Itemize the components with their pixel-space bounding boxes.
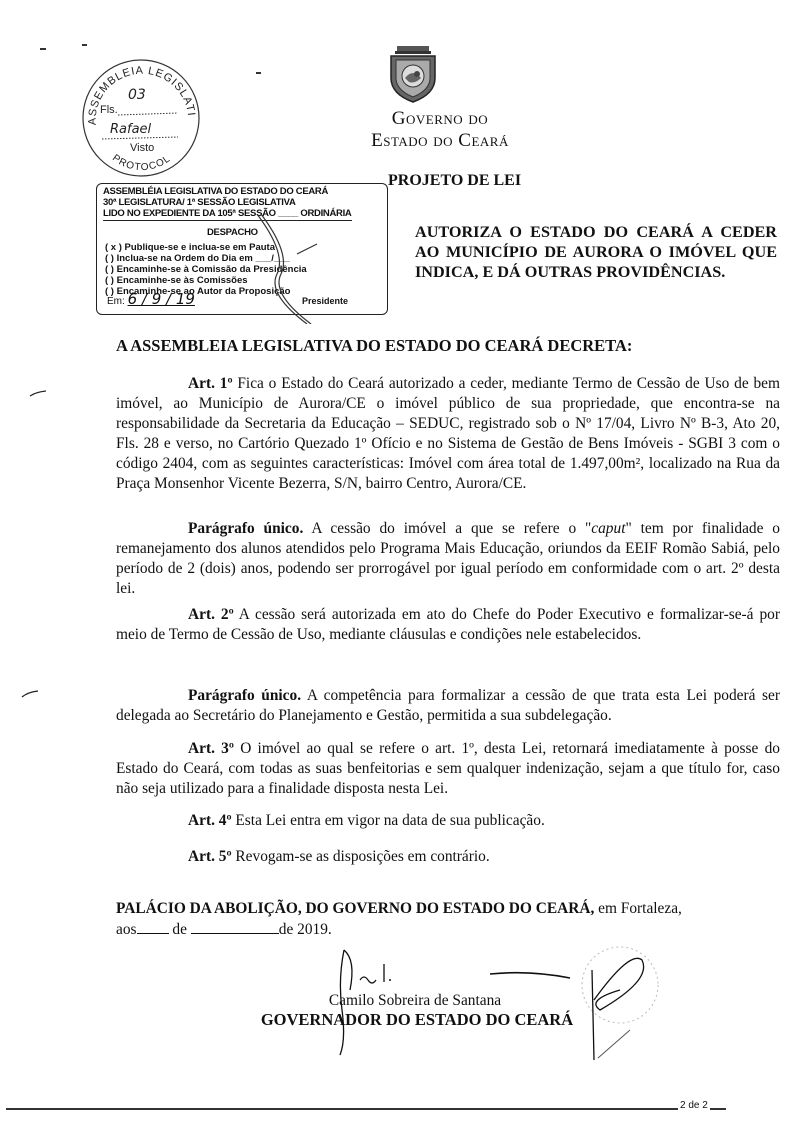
article-1-paragraph: Parágrafo único. A cessão do imóvel a qu… bbox=[116, 519, 780, 599]
article-5: Art. 5º Revogam-se as disposições em con… bbox=[116, 847, 780, 867]
date-value: 6 / 9 / 19 bbox=[128, 290, 195, 308]
article-text: Esta Lei entra em vigor na data de sua p… bbox=[235, 812, 544, 829]
scan-speck bbox=[256, 72, 261, 74]
despacho-line2: 30ª LEGISLATURA/ 1ª SESSÃO LEGISLATIVA bbox=[103, 197, 296, 208]
signer-name: Camilo Sobreira de Santana bbox=[260, 992, 570, 1010]
month-blank bbox=[191, 919, 279, 934]
article-text: Revogam-se as disposições em contrário. bbox=[235, 848, 489, 865]
article-3: Art. 3º O imóvel ao qual se refere o art… bbox=[116, 739, 780, 799]
closing-place-bold: PALÁCIO DA ABOLIÇÃO, DO GOVERNO DO ESTAD… bbox=[116, 900, 594, 917]
article-2-paragraph: Parágrafo único. A competência para form… bbox=[116, 686, 780, 726]
government-title-line2: Estado do Ceará bbox=[340, 130, 540, 152]
article-text: Fica o Estado do Ceará autorizado a cede… bbox=[116, 375, 780, 492]
article-label: Art. 1º bbox=[188, 375, 233, 392]
scan-speck bbox=[82, 44, 87, 46]
article-4: Art. 4º Esta Lei entra em vigor na data … bbox=[116, 811, 780, 831]
government-title-line1: Governo do bbox=[340, 108, 540, 130]
protocol-stamp: ASSEMBLEIA LEGISLATIVA DO CEARÁ PROTOCOL… bbox=[78, 55, 204, 181]
signer-role: GOVERNADOR DO ESTADO DO CEARÁ bbox=[232, 1010, 602, 1030]
document-type-title: PROJETO DE LEI bbox=[388, 172, 521, 190]
article-2: Art. 2º A cessão será autorizada em ato … bbox=[116, 605, 780, 645]
article-1: Art. 1º Fica o Estado do Ceará autorizad… bbox=[116, 374, 780, 494]
day-blank bbox=[137, 919, 169, 934]
despacho-scribble-icon bbox=[247, 214, 327, 324]
article-label: Art. 3º bbox=[188, 740, 234, 757]
footer-divider bbox=[6, 1108, 726, 1110]
visto-label: Visto bbox=[130, 142, 154, 154]
visto-signature: Rafael bbox=[110, 122, 152, 137]
margin-mark-icon bbox=[20, 690, 42, 698]
despacho-stamp: ASSEMBLÉIA LEGISLATIVA DO ESTADO DO CEAR… bbox=[96, 183, 388, 315]
despacho-line1: ASSEMBLÉIA LEGISLATIVA DO ESTADO DO CEAR… bbox=[103, 186, 328, 197]
ementa: AUTORIZA O ESTADO DO CEARÁ A CEDER AO MU… bbox=[415, 222, 777, 282]
article-label: Parágrafo único. bbox=[188, 520, 303, 537]
fls-value: 03 bbox=[128, 87, 146, 103]
page-number: 2 de 2 bbox=[678, 1100, 710, 1111]
enacting-clause: A ASSEMBLEIA LEGISLATIVA DO ESTADO DO CE… bbox=[116, 336, 632, 356]
scan-speck bbox=[40, 48, 46, 50]
despacho-date: Em: 6 / 9 / 19 bbox=[107, 294, 195, 307]
article-label: Parágrafo único. bbox=[188, 687, 301, 704]
article-label: Art. 4º bbox=[188, 812, 232, 829]
ceara-coat-of-arms-icon bbox=[383, 42, 443, 106]
fls-label: Fls. bbox=[100, 104, 118, 116]
closing-formula: PALÁCIO DA ABOLIÇÃO, DO GOVERNO DO ESTAD… bbox=[116, 899, 780, 940]
article-label: Art. 2º bbox=[188, 606, 234, 623]
date-label: Em: bbox=[107, 296, 125, 307]
article-label: Art. 5º bbox=[188, 848, 232, 865]
margin-mark-icon bbox=[28, 390, 50, 398]
